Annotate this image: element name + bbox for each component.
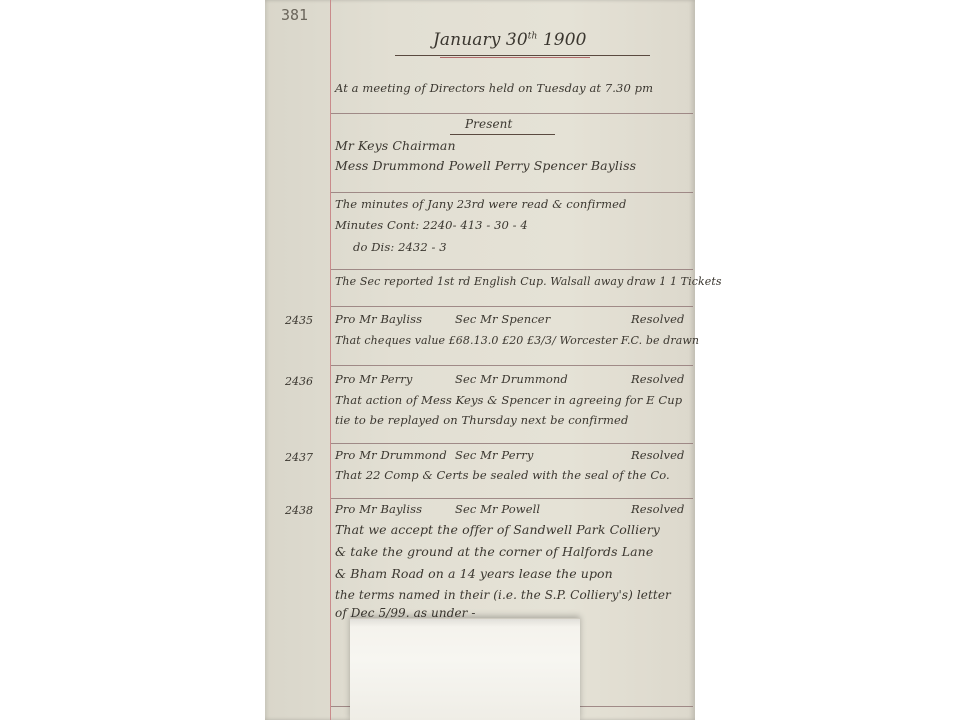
rule-line — [331, 192, 693, 193]
date-suffix: th — [528, 31, 538, 41]
rule-line — [331, 443, 693, 444]
present-underline — [450, 134, 555, 135]
rule-line — [331, 113, 693, 114]
resolution-number: 2438 — [285, 504, 313, 517]
resolution-number: 2437 — [285, 451, 313, 464]
minutes-line-3: do Dis: 2432 - 3 — [353, 240, 447, 254]
resolution-text: That action of Mess Keys & Spencer in ag… — [335, 393, 682, 407]
rule-line — [331, 306, 693, 307]
date-year: 1900 — [543, 30, 587, 50]
rule-line — [331, 365, 693, 366]
resolution-status: Resolved — [631, 448, 684, 462]
secretary-report: The Sec reported 1st rd English Cup. Wal… — [335, 275, 722, 288]
meeting-intro: At a meeting of Directors held on Tuesda… — [335, 81, 653, 95]
members-line: Mess Drummond Powell Perry Spencer Bayli… — [335, 158, 636, 173]
margin-line — [330, 0, 331, 720]
resolution-seconder: Sec Mr Drummond — [455, 372, 568, 386]
resolution-proposer: Pro Mr Bayliss — [335, 312, 422, 326]
page-number: 381 — [281, 6, 308, 24]
resolution-text: That 22 Comp & Certs be sealed with the … — [335, 468, 670, 482]
resolution-text: & Bham Road on a 14 years lease the upon — [335, 566, 613, 581]
resolution-status: Resolved — [631, 312, 684, 326]
title-underline — [395, 55, 650, 56]
resolution-text: tie to be replayed on Thursday next be c… — [335, 413, 628, 427]
ledger-page: 381 January 30th 1900 At a meeting of Di… — [265, 0, 695, 720]
date-month-day: January 30 — [433, 30, 528, 50]
resolution-status: Resolved — [631, 502, 684, 516]
resolution-text: the terms named in their (i.e. the S.P. … — [335, 588, 671, 602]
resolution-status: Resolved — [631, 372, 684, 386]
attached-envelope — [350, 618, 580, 720]
resolution-proposer: Pro Mr Drummond — [335, 448, 447, 462]
resolution-text: That cheques value £68.13.0 £20 £3/3/ Wo… — [335, 334, 699, 347]
resolution-seconder: Sec Mr Perry — [455, 448, 533, 462]
resolution-seconder: Sec Mr Spencer — [455, 312, 550, 326]
minutes-line-1: The minutes of Jany 23rd were read & con… — [335, 197, 626, 211]
resolution-proposer: Pro Mr Perry — [335, 372, 412, 386]
date-heading: January 30th 1900 — [433, 30, 587, 50]
minutes-line-2: Minutes Cont: 2240- 413 - 30 - 4 — [335, 218, 528, 232]
present-heading: Present — [465, 117, 512, 131]
envelope-fold — [350, 619, 580, 627]
rule-line — [331, 269, 693, 270]
chairman-line: Mr Keys Chairman — [335, 138, 456, 153]
resolution-text: & take the ground at the corner of Halfo… — [335, 544, 653, 559]
resolution-proposer: Pro Mr Bayliss — [335, 502, 422, 516]
rule-line — [331, 498, 693, 499]
resolution-text: That we accept the offer of Sandwell Par… — [335, 522, 660, 537]
title-underline-red — [440, 57, 590, 58]
resolution-number: 2436 — [285, 375, 313, 388]
resolution-number: 2435 — [285, 314, 313, 327]
resolution-seconder: Sec Mr Powell — [455, 502, 540, 516]
